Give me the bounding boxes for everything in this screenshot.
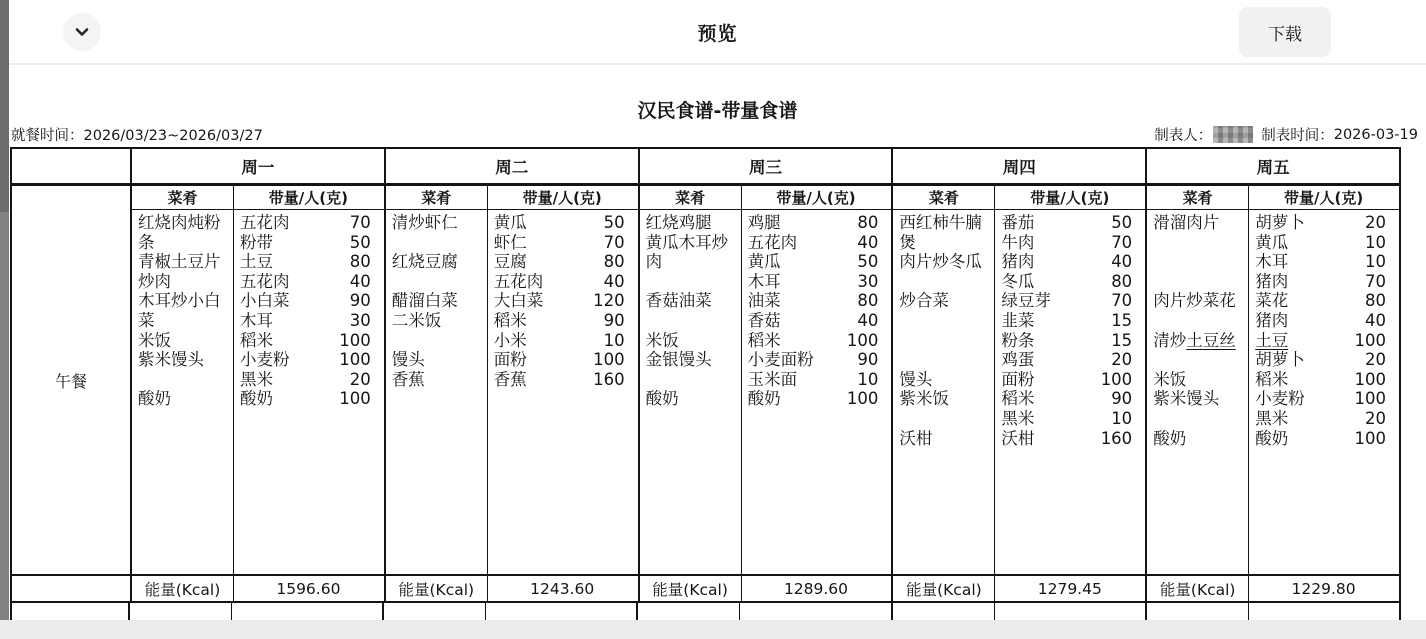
energy-row: 能量(Kcal)1596.60	[132, 574, 384, 601]
ingredient-qty: 40	[857, 233, 878, 253]
ingredient-row: 大白菜120	[487, 291, 638, 311]
ingredient-list: 绿豆芽70韭菜15粉条15鸡蛋20	[994, 291, 1145, 369]
energy-label: 能量(Kcal)	[893, 578, 994, 600]
ingredient-name: 粉带	[240, 233, 273, 253]
meal-row-label: 午餐	[12, 186, 130, 574]
ingredient-name: 稻米	[494, 311, 527, 331]
ingredient-row: 酸奶100	[233, 389, 384, 409]
dish-name: 金银馒头	[640, 350, 741, 389]
ingredient-row: 五花肉40	[487, 272, 638, 292]
ingredient-name: 虾仁	[494, 233, 527, 253]
ingredient-name: 土豆	[1255, 331, 1288, 351]
ingredient-row: 酸奶100	[1248, 429, 1399, 449]
day-column: 周二菜肴带量/人(克)清炒虾仁黄瓜50虾仁70红烧豆腐豆腐80五花肉40醋溜白菜…	[386, 149, 640, 601]
day-column: 周三菜肴带量/人(克)红烧鸡腿鸡腿80黄瓜木耳炒肉五花肉40黄瓜50木耳30香菇…	[640, 149, 894, 601]
ingredient-row: 酸奶100	[741, 389, 892, 409]
dish-name: 滑溜肉片	[1147, 213, 1248, 291]
ingredient-qty: 30	[350, 311, 371, 331]
ingredient-qty: 40	[1111, 252, 1132, 272]
energy-label: 能量(Kcal)	[640, 578, 741, 600]
dish-name: 清炒土豆丝	[1147, 331, 1248, 370]
ingredient-name: 猪肉	[1001, 252, 1034, 272]
ingredient-qty: 50	[1111, 213, 1132, 233]
dish-group: 二米饭稻米90小米10	[386, 311, 638, 350]
ingredient-name: 黄瓜	[748, 252, 781, 272]
ingredient-qty: 15	[1111, 311, 1132, 331]
ingredient-qty: 90	[857, 350, 878, 370]
dish-column-header: 菜肴	[1147, 186, 1248, 209]
ingredient-row: 五花肉40	[741, 233, 892, 253]
dish-group: 肉片炒冬瓜猪肉40冬瓜80	[893, 252, 1145, 291]
ingredient-name: 五花肉	[240, 213, 290, 233]
ingredient-qty: 100	[339, 389, 371, 409]
menu-table: 午餐 周一菜肴带量/人(克)红烧肉炖粉条五花肉70粉带50青椒土豆片炒肉土豆80…	[10, 147, 1401, 603]
ingredient-qty: 100	[847, 389, 879, 409]
dish-group: 米饭稻米100	[1147, 370, 1399, 390]
day-header: 周四	[893, 149, 1145, 186]
column-divider	[233, 186, 234, 601]
ingredient-qty: 70	[604, 233, 625, 253]
dish-name: 西红柿牛腩煲	[893, 213, 994, 252]
dish-group: 肉片炒菜花菜花80猪肉40	[1147, 291, 1399, 330]
energy-row-corner-cell	[12, 574, 130, 601]
energy-value: 1243.60	[487, 580, 638, 598]
day-header: 周五	[1147, 149, 1399, 186]
ingredient-qty: 80	[604, 252, 625, 272]
ingredient-qty: 15	[1111, 331, 1132, 351]
energy-row: 能量(Kcal)1229.80	[1147, 574, 1399, 601]
dish-name: 馒头	[386, 350, 487, 370]
ingredient-name: 土豆	[240, 252, 273, 272]
sub-header-row: 菜肴带量/人(克)	[1147, 186, 1399, 210]
ingredient-list: 鸡腿80	[741, 213, 892, 233]
dish-name: 沃柑	[893, 429, 994, 449]
dish-group: 青椒土豆片炒肉土豆80五花肉40	[132, 252, 384, 291]
ingredient-list: 稻米100	[741, 331, 892, 351]
dish-name: 米饭	[1147, 370, 1248, 390]
ingredient-row: 香蕉160	[487, 370, 638, 390]
dish-group: 馒头面粉100	[386, 350, 638, 370]
ingredient-name: 牛肉	[1001, 233, 1034, 253]
dish-name: 肉片炒菜花	[1147, 291, 1248, 330]
dish-column-header: 菜肴	[132, 186, 233, 209]
dish-group: 滑溜肉片胡萝卜20黄瓜10木耳10猪肉70	[1147, 213, 1399, 291]
ingredient-qty: 20	[350, 370, 371, 390]
ingredient-qty: 20	[1111, 350, 1132, 370]
ingredient-name: 五花肉	[748, 233, 798, 253]
ingredient-qty: 20	[1365, 350, 1386, 370]
column-divider	[487, 186, 488, 601]
ingredient-row: 稻米100	[741, 331, 892, 351]
day-menu-content: 红烧鸡腿鸡腿80黄瓜木耳炒肉五花肉40黄瓜50木耳30香菇油菜油菜80香菇40米…	[640, 210, 892, 574]
ingredient-list: 香蕉160	[487, 370, 638, 390]
ingredient-row: 五花肉40	[233, 272, 384, 292]
dish-group: 酸奶酸奶100	[132, 389, 384, 409]
column-divider	[741, 186, 742, 601]
day-body: 菜肴带量/人(克)清炒虾仁黄瓜50虾仁70红烧豆腐豆腐80五花肉40醋溜白菜大白…	[386, 186, 638, 601]
energy-value: 1289.60	[741, 580, 892, 598]
quantity-column-header: 带量/人(克)	[487, 186, 638, 209]
ingredient-name: 鸡蛋	[1001, 350, 1034, 370]
ingredient-qty: 10	[604, 331, 625, 351]
dish-name: 酸奶	[132, 389, 233, 409]
day-header: 周一	[132, 149, 384, 186]
ingredient-name: 冬瓜	[1001, 272, 1034, 292]
dish-name: 红烧豆腐	[386, 252, 487, 291]
ingredient-name: 稻米	[240, 331, 273, 351]
ingredient-row: 菜花80	[1248, 291, 1399, 311]
ingredient-row: 豆腐80	[487, 252, 638, 272]
ingredient-name: 胡萝卜	[1255, 213, 1305, 233]
ingredient-row: 稻米90	[487, 311, 638, 331]
ingredient-qty: 90	[1111, 389, 1132, 409]
ingredient-row: 番茄50	[994, 213, 1145, 233]
energy-value: 1279.45	[994, 580, 1145, 598]
left-edge-panel	[0, 0, 9, 620]
ingredient-qty: 50	[604, 213, 625, 233]
energy-value: 1596.60	[233, 580, 384, 598]
dish-group: 米饭稻米100	[640, 331, 892, 351]
ingredient-qty: 100	[1354, 429, 1386, 449]
ingredient-row: 猪肉40	[1248, 311, 1399, 331]
day-column: 周五菜肴带量/人(克)滑溜肉片胡萝卜20黄瓜10木耳10猪肉70肉片炒菜花菜花8…	[1147, 149, 1399, 601]
quantity-column-header: 带量/人(克)	[994, 186, 1145, 209]
ingredient-qty: 70	[1111, 291, 1132, 311]
ingredient-row: 牛肉70	[994, 233, 1145, 253]
ingredient-qty: 100	[1354, 389, 1386, 409]
ingredient-name: 小麦面粉	[748, 350, 814, 370]
ingredient-qty: 100	[339, 331, 371, 351]
table-next-row-cell	[384, 603, 638, 620]
dish-group: 紫米馒头小麦粉100黑米20	[1147, 389, 1399, 428]
download-button[interactable]: 下载	[1239, 7, 1331, 57]
ingredient-row: 粉条15	[994, 331, 1145, 351]
ingredient-row: 鸡腿80	[741, 213, 892, 233]
dish-name: 紫米饭	[893, 389, 994, 428]
meal-time-info: 就餐时间：2026/03/23~2026/03/27	[11, 124, 263, 145]
ingredient-qty: 80	[1111, 272, 1132, 292]
ingredient-name: 黄瓜	[494, 213, 527, 233]
preview-topbar: 预览 下载	[9, 0, 1426, 64]
ingredient-list: 稻米90小米10	[487, 311, 638, 350]
dish-group: 醋溜白菜大白菜120	[386, 291, 638, 311]
table-next-row-cell	[130, 603, 384, 620]
dish-name: 米饭	[132, 331, 233, 351]
table-next-row-cell	[893, 603, 1147, 620]
ingredient-qty: 90	[350, 291, 371, 311]
energy-label: 能量(Kcal)	[1147, 578, 1248, 600]
dish-group: 香菇油菜油菜80香菇40	[640, 291, 892, 330]
ingredient-row: 黑米20	[233, 370, 384, 390]
ingredient-qty: 20	[1365, 213, 1386, 233]
document-title: 汉民食谱-带量食谱	[9, 96, 1426, 123]
ingredient-name: 酸奶	[1255, 429, 1288, 449]
ingredient-row: 小米10	[487, 331, 638, 351]
ingredient-list: 稻米100	[233, 331, 384, 351]
ingredient-row: 绿豆芽70	[994, 291, 1145, 311]
ingredient-row: 猪肉70	[1248, 272, 1399, 292]
ingredient-list: 小麦粉100黑米20	[1248, 389, 1399, 428]
ingredient-name: 猪肉	[1255, 272, 1288, 292]
ingredient-list: 稻米100	[1248, 370, 1399, 390]
page-title: 预览	[9, 0, 1426, 64]
dish-group: 米饭稻米100	[132, 331, 384, 351]
ingredient-row: 黄瓜50	[487, 213, 638, 233]
ingredient-row: 玉米面10	[741, 370, 892, 390]
ingredient-list: 面粉100	[487, 350, 638, 370]
dish-name: 黄瓜木耳炒肉	[640, 233, 741, 292]
ingredient-list: 土豆100胡萝卜20	[1248, 331, 1399, 370]
ingredient-name: 酸奶	[240, 389, 273, 409]
ingredient-name: 稻米	[1255, 370, 1288, 390]
ingredient-name: 菜花	[1255, 291, 1288, 311]
ingredient-qty: 40	[350, 272, 371, 292]
dish-group: 炒合菜绿豆芽70韭菜15粉条15鸡蛋20	[893, 291, 1145, 369]
ingredient-name: 木耳	[1255, 252, 1288, 272]
dish-name: 炒合菜	[893, 291, 994, 369]
ingredient-row: 韭菜15	[994, 311, 1145, 331]
quantity-column-header: 带量/人(克)	[233, 186, 384, 209]
day-body: 菜肴带量/人(克)红烧鸡腿鸡腿80黄瓜木耳炒肉五花肉40黄瓜50木耳30香菇油菜…	[640, 186, 892, 601]
ingredient-name: 面粉	[494, 350, 527, 370]
maker-label: 制表人：	[1154, 124, 1212, 145]
day-menu-content: 清炒虾仁黄瓜50虾仁70红烧豆腐豆腐80五花肉40醋溜白菜大白菜120二米饭稻米…	[386, 210, 638, 574]
day-header: 周三	[640, 149, 892, 186]
ingredient-name: 绿豆芽	[1001, 291, 1051, 311]
sub-header-row: 菜肴带量/人(克)	[640, 186, 892, 210]
table-next-row-partial	[10, 603, 1401, 620]
dish-group: 红烧肉炖粉条五花肉70粉带50	[132, 213, 384, 252]
sub-header-row: 菜肴带量/人(克)	[386, 186, 638, 210]
ingredient-name: 小白菜	[240, 291, 290, 311]
ingredient-qty: 10	[1111, 409, 1132, 429]
day-menu-content: 滑溜肉片胡萝卜20黄瓜10木耳10猪肉70肉片炒菜花菜花80猪肉40清炒土豆丝土…	[1147, 210, 1399, 574]
ingredient-list: 酸奶100	[741, 389, 892, 409]
energy-label: 能量(Kcal)	[132, 578, 233, 600]
ingredient-list: 稻米90黑米10	[994, 389, 1145, 428]
ingredient-qty: 40	[857, 311, 878, 331]
dish-group: 酸奶酸奶100	[1147, 429, 1399, 449]
dish-name: 清炒虾仁	[386, 213, 487, 252]
ingredient-list: 酸奶100	[1248, 429, 1399, 449]
dish-column-header: 菜肴	[893, 186, 994, 209]
ingredient-qty: 100	[1354, 331, 1386, 351]
ingredient-name: 番茄	[1001, 213, 1034, 233]
day-body: 菜肴带量/人(克)红烧肉炖粉条五花肉70粉带50青椒土豆片炒肉土豆80五花肉40…	[132, 186, 384, 601]
ingredient-qty: 70	[1365, 272, 1386, 292]
dish-group: 红烧鸡腿鸡腿80	[640, 213, 892, 233]
ingredient-qty: 50	[857, 252, 878, 272]
ingredient-qty: 160	[1101, 429, 1133, 449]
ingredient-qty: 100	[1101, 370, 1133, 390]
ingredient-row: 小白菜90	[233, 291, 384, 311]
ingredient-qty: 40	[604, 272, 625, 292]
ingredient-name: 稻米	[748, 331, 781, 351]
ingredient-name: 酸奶	[748, 389, 781, 409]
dish-name: 木耳炒小白菜	[132, 291, 233, 330]
day-body: 菜肴带量/人(克)西红柿牛腩煲番茄50牛肉70肉片炒冬瓜猪肉40冬瓜80炒合菜绿…	[893, 186, 1145, 601]
ingredient-qty: 100	[1354, 370, 1386, 390]
column-divider	[994, 186, 995, 601]
meal-time-label: 就餐时间：	[11, 128, 84, 144]
energy-row: 能量(Kcal)1243.60	[386, 574, 638, 601]
dish-group: 馒头面粉100	[893, 370, 1145, 390]
ingredient-row: 木耳30	[233, 311, 384, 331]
dish-name: 香菇油菜	[640, 291, 741, 330]
ingredient-row: 胡萝卜20	[1248, 350, 1399, 370]
ingredient-row: 粉带50	[233, 233, 384, 253]
ingredient-qty: 30	[857, 272, 878, 292]
ingredient-list: 豆腐80五花肉40	[487, 252, 638, 291]
dish-group: 紫米馒头小麦粉100黑米20	[132, 350, 384, 389]
ingredient-name: 粉条	[1001, 331, 1034, 351]
ingredient-name: 猪肉	[1255, 311, 1288, 331]
ingredient-row: 鸡蛋20	[994, 350, 1145, 370]
ingredient-name: 小麦粉	[1255, 389, 1305, 409]
document-preview: 汉民食谱-带量食谱 就餐时间：2026/03/23~2026/03/27 制表人…	[9, 65, 1426, 620]
made-date-value: 2026-03-19	[1334, 127, 1418, 143]
ingredient-qty: 10	[857, 370, 878, 390]
dish-name: 紫米馒头	[132, 350, 233, 389]
day-column: 周一菜肴带量/人(克)红烧肉炖粉条五花肉70粉带50青椒土豆片炒肉土豆80五花肉…	[132, 149, 386, 601]
ingredient-row: 土豆100	[1248, 331, 1399, 351]
ingredient-qty: 160	[593, 370, 625, 390]
dish-group: 紫米饭稻米90黑米10	[893, 389, 1145, 428]
ingredient-qty: 80	[857, 291, 878, 311]
maker-name-censored	[1213, 126, 1253, 143]
ingredient-row: 面粉100	[994, 370, 1145, 390]
ingredient-name: 五花肉	[240, 272, 290, 292]
ingredient-list: 猪肉40冬瓜80	[994, 252, 1145, 291]
ingredient-name: 木耳	[240, 311, 273, 331]
dish-column-header: 菜肴	[386, 186, 487, 209]
ingredient-name: 黑米	[1001, 409, 1034, 429]
dish-name: 酸奶	[640, 389, 741, 409]
ingredient-name: 小米	[494, 331, 527, 351]
day-column: 周四菜肴带量/人(克)西红柿牛腩煲番茄50牛肉70肉片炒冬瓜猪肉40冬瓜80炒合…	[893, 149, 1147, 601]
ingredient-name: 五花肉	[494, 272, 544, 292]
dish-group: 清炒土豆丝土豆100胡萝卜20	[1147, 331, 1399, 370]
ingredient-row: 稻米90	[994, 389, 1145, 409]
day-menu-content: 红烧肉炖粉条五花肉70粉带50青椒土豆片炒肉土豆80五花肉40木耳炒小白菜小白菜…	[132, 210, 384, 574]
ingredient-row: 胡萝卜20	[1248, 213, 1399, 233]
ingredient-row: 稻米100	[233, 331, 384, 351]
ingredient-row: 油菜80	[741, 291, 892, 311]
ingredient-row: 猪肉40	[994, 252, 1145, 272]
ingredient-row: 小麦粉100	[1248, 389, 1399, 409]
ingredient-name: 香菇	[748, 311, 781, 331]
ingredient-qty: 10	[1365, 233, 1386, 253]
dish-name: 紫米馒头	[1147, 389, 1248, 428]
ingredient-qty: 80	[1365, 291, 1386, 311]
ingredient-row: 黄瓜50	[741, 252, 892, 272]
dish-name: 酸奶	[1147, 429, 1248, 449]
quantity-column-header: 带量/人(克)	[1248, 186, 1399, 209]
ingredient-qty: 90	[604, 311, 625, 331]
ingredient-row: 小麦面粉90	[741, 350, 892, 370]
ingredient-list: 油菜80香菇40	[741, 291, 892, 330]
dish-name: 红烧鸡腿	[640, 213, 741, 233]
ingredient-row: 香菇40	[741, 311, 892, 331]
energy-row: 能量(Kcal)1279.45	[893, 574, 1145, 601]
ingredient-list: 黄瓜50虾仁70	[487, 213, 638, 252]
sub-header-row: 菜肴带量/人(克)	[893, 186, 1145, 210]
dish-name: 肉片炒冬瓜	[893, 252, 994, 291]
made-date-label: 制表时间：	[1261, 124, 1334, 145]
ingredient-name: 沃柑	[1001, 429, 1034, 449]
ingredient-row: 黄瓜10	[1248, 233, 1399, 253]
quantity-column-header: 带量/人(克)	[741, 186, 892, 209]
ingredient-list: 胡萝卜20黄瓜10木耳10猪肉70	[1248, 213, 1399, 291]
ingredient-row: 土豆80	[233, 252, 384, 272]
ingredient-list: 沃柑160	[994, 429, 1145, 449]
dish-name: 馒头	[893, 370, 994, 390]
maker-info: 制表人：制表时间：2026-03-19	[1154, 124, 1418, 145]
dish-name: 醋溜白菜	[386, 291, 487, 311]
ingredient-list: 大白菜120	[487, 291, 638, 311]
dish-group: 黄瓜木耳炒肉五花肉40黄瓜50木耳30	[640, 233, 892, 292]
ingredient-row: 冬瓜80	[994, 272, 1145, 292]
dish-name: 米饭	[640, 331, 741, 351]
ingredient-qty: 80	[857, 213, 878, 233]
ingredient-qty: 70	[350, 213, 371, 233]
energy-row: 能量(Kcal)1289.60	[640, 574, 892, 601]
ingredient-qty: 100	[339, 350, 371, 370]
ingredient-row: 木耳30	[741, 272, 892, 292]
ingredient-list: 五花肉70粉带50	[233, 213, 384, 252]
corner-cell	[12, 149, 130, 186]
meal-row-header-column: 午餐	[12, 149, 132, 601]
ingredient-list: 土豆80五花肉40	[233, 252, 384, 291]
ingredient-name: 香蕉	[494, 370, 527, 390]
ingredient-list: 酸奶100	[233, 389, 384, 409]
ingredient-list: 小麦粉100黑米20	[233, 350, 384, 389]
dish-name: 青椒土豆片炒肉	[132, 252, 233, 291]
ingredient-name: 木耳	[748, 272, 781, 292]
ingredient-name: 黄瓜	[1255, 233, 1288, 253]
ingredient-name: 豆腐	[494, 252, 527, 272]
ingredient-name: 鸡腿	[748, 213, 781, 233]
ingredient-row: 黑米20	[1248, 409, 1399, 429]
ingredient-list: 菜花80猪肉40	[1248, 291, 1399, 330]
ingredient-qty: 120	[593, 291, 625, 311]
day-menu-content: 西红柿牛腩煲番茄50牛肉70肉片炒冬瓜猪肉40冬瓜80炒合菜绿豆芽70韭菜15粉…	[893, 210, 1145, 574]
ingredient-name: 玉米面	[748, 370, 798, 390]
ingredient-row: 五花肉70	[233, 213, 384, 233]
ingredient-name: 小麦粉	[240, 350, 290, 370]
ingredient-row: 虾仁70	[487, 233, 638, 253]
ingredient-name: 黑米	[1255, 409, 1288, 429]
ingredient-qty: 70	[1111, 233, 1132, 253]
ingredient-qty: 100	[593, 350, 625, 370]
dish-group: 沃柑沃柑160	[893, 429, 1145, 449]
dish-group: 木耳炒小白菜小白菜90木耳30	[132, 291, 384, 330]
ingredient-list: 五花肉40黄瓜50木耳30	[741, 233, 892, 292]
meal-time-value: 2026/03/23~2026/03/27	[84, 128, 263, 144]
dish-group: 香蕉香蕉160	[386, 370, 638, 390]
dish-name: 红烧肉炖粉条	[132, 213, 233, 252]
ingredient-list: 面粉100	[994, 370, 1145, 390]
day-header: 周二	[386, 149, 638, 186]
ingredient-name: 胡萝卜	[1255, 350, 1305, 370]
dish-group: 西红柿牛腩煲番茄50牛肉70	[893, 213, 1145, 252]
ingredient-list: 小麦面粉90玉米面10	[741, 350, 892, 389]
ingredient-name: 韭菜	[1001, 311, 1034, 331]
dish-name: 香蕉	[386, 370, 487, 390]
ingredient-row: 稻米100	[1248, 370, 1399, 390]
dish-column-header: 菜肴	[640, 186, 741, 209]
dish-group: 酸奶酸奶100	[640, 389, 892, 409]
